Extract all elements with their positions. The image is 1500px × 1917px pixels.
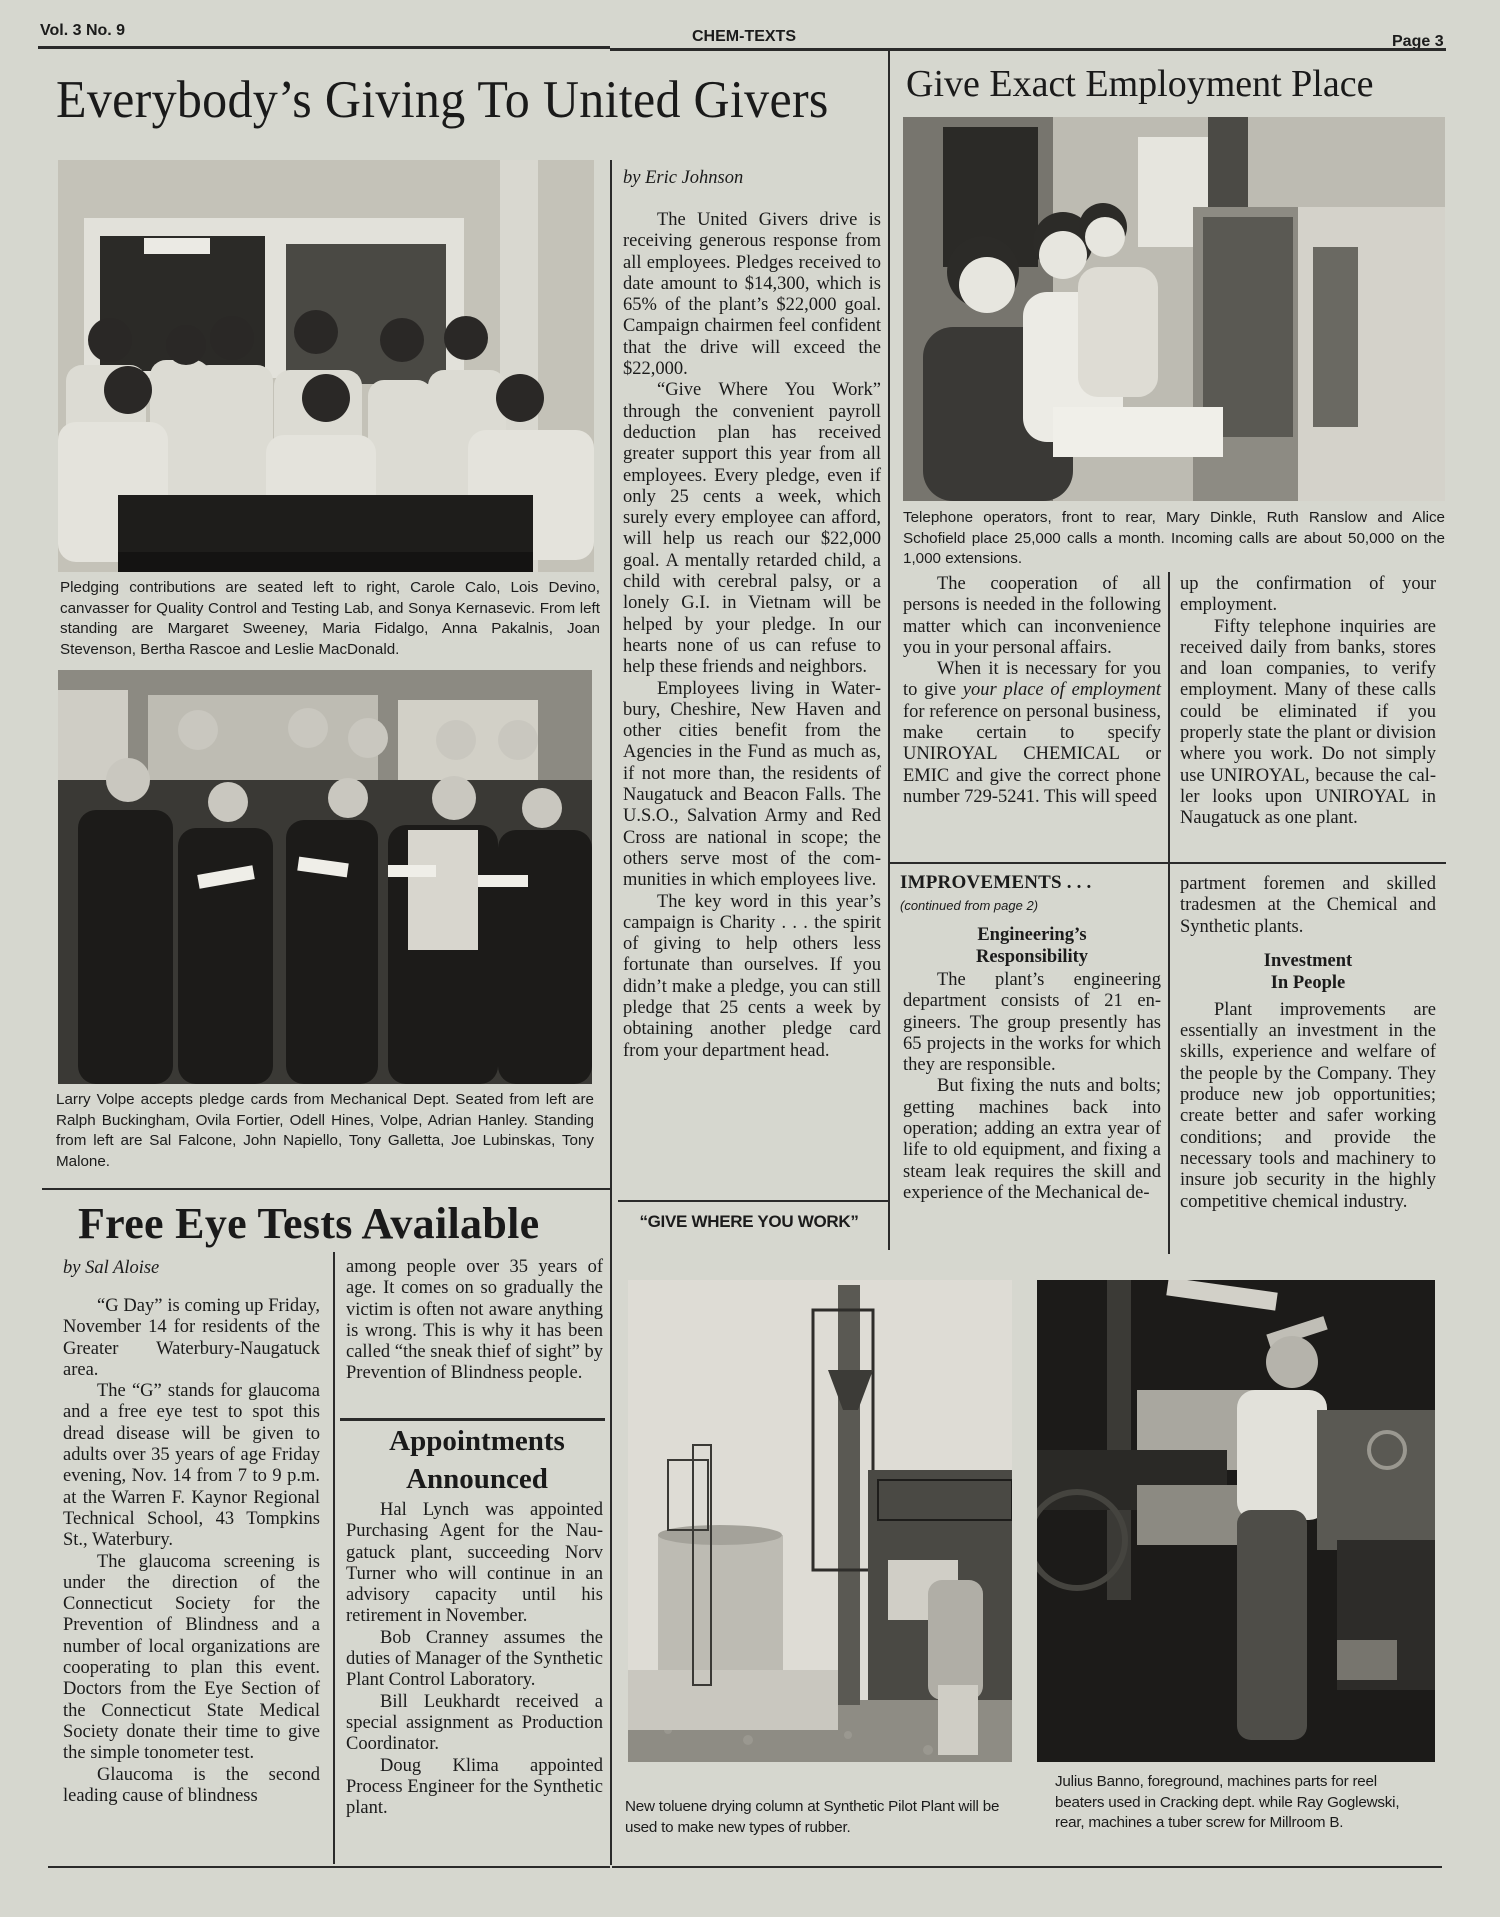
pledging-women-caption: Pledging contributions are seated left t…: [60, 578, 600, 660]
paragraph: Doug Klima appointed Process Engineer fo…: [346, 1756, 603, 1820]
column-divider: [1168, 572, 1170, 866]
employment-col1: The cooperation of all persons is needed…: [903, 574, 1161, 808]
paragraph: up the confirmation of your employment.: [1180, 574, 1436, 617]
improvements-heading: IMPROVEMENTS . . .: [900, 872, 1092, 894]
paragraph: Hal Lynch was appointed Purchasing Agent…: [346, 1500, 603, 1628]
united-givers-body: The United Givers drive is receiving gen…: [623, 210, 881, 1062]
engineering-body: The plant’s engineering department consi…: [903, 970, 1161, 1204]
telephone-operators-image: [903, 117, 1445, 501]
paragraph: Employees living in Water­bury, Cheshire…: [623, 679, 881, 892]
telephone-operators-caption: Telephone operators, front to rear, Mary…: [903, 508, 1445, 570]
mechanical-dept-caption: Larry Volpe accepts pledge cards from Me…: [56, 1090, 594, 1172]
paragraph: among people over 35 years of age. It co…: [346, 1257, 603, 1385]
appointments-headline-line2: Announced: [406, 1463, 548, 1495]
eye-tests-col1: “G Day” is coming up Fri­day, November 1…: [63, 1296, 320, 1807]
paragraph: When it is necessary for you to give you…: [903, 659, 1161, 808]
improvements-continuation: partment foremen and skilled tradesmen a…: [1180, 874, 1436, 938]
slogan-rule: [618, 1200, 888, 1202]
pledging-women-photo: [58, 160, 594, 572]
united-givers-headline: Everybody’s Giving To United Givers: [56, 69, 829, 130]
give-where-you-work-slogan: “GIVE WHERE YOU WORK”: [614, 1212, 884, 1232]
employment-col2: up the confirmation of your employment. …: [1180, 574, 1436, 830]
column-divider: [1168, 864, 1170, 1254]
appointments-headline: Appointments Announced: [336, 1422, 618, 1498]
investment-body: Plant improvements are essentially an in…: [1180, 1000, 1436, 1213]
publication-name: CHEM-TEXTS: [692, 28, 796, 46]
paragraph: “Give Where You Work” through the conven…: [623, 380, 881, 678]
bottom-rule: [48, 1866, 610, 1868]
column-divider: [333, 1252, 335, 1864]
paragraph: Glaucoma is the second leading cause of …: [63, 1765, 320, 1808]
paragraph: Bill Leukhardt received a special assign…: [346, 1692, 603, 1756]
machinist-photo: [1037, 1280, 1435, 1762]
eye-tests-col2: among people over 35 years of age. It co…: [346, 1257, 603, 1385]
paragraph: Bob Cranney assumes the duties of Manage…: [346, 1628, 603, 1692]
paragraph: The key word in this year’s campaign is …: [623, 892, 881, 1062]
investment-subhead: InvestmentIn People: [1180, 950, 1436, 994]
emphasis: your place of employment: [963, 680, 1161, 700]
paragraph: The plant’s engineering department consi…: [903, 970, 1161, 1076]
paragraph: The “G” stands for glau­coma and a free …: [63, 1381, 320, 1551]
telephone-operators-photo: [903, 117, 1445, 501]
masthead-rule-right: [610, 48, 1446, 51]
appointments-body: Hal Lynch was appointed Purchasing Agent…: [346, 1500, 603, 1819]
paragraph: The cooperation of all persons is needed…: [903, 574, 1161, 659]
engineering-subhead: Engineering’sResponsibility: [903, 924, 1161, 968]
paragraph: The glaucoma screening is under the dire…: [63, 1552, 320, 1765]
pledging-women-image: [58, 160, 594, 572]
appointments-headline-line1: Appointments: [389, 1425, 565, 1457]
masthead-rule: [38, 46, 610, 49]
toluene-column-photo: [628, 1280, 1012, 1762]
bottom-rule: [612, 1866, 1442, 1868]
section-rule: [340, 1418, 605, 1421]
paragraph: Plant improvements are essentially an in…: [1180, 1000, 1436, 1213]
paragraph: The United Givers drive is receiving gen…: [623, 210, 881, 380]
column-divider: [888, 50, 890, 1250]
paragraph: partment foremen and skilled tradesmen a…: [1180, 874, 1436, 938]
paragraph: Fifty telephone inquiries are received d…: [1180, 617, 1436, 830]
text: for reference on personal business, make…: [903, 702, 1161, 807]
volume-number: Vol. 3 No. 9: [40, 22, 125, 40]
improvements-continued-note: (continued from page 2): [900, 898, 1038, 913]
column-divider: [610, 160, 612, 1865]
united-givers-byline: by Eric Johnson: [623, 168, 743, 189]
toluene-column-image: [628, 1280, 1012, 1762]
toluene-column-caption: New toluene drying column at Synthetic P…: [625, 1797, 1005, 1838]
employment-place-headline: Give Exact Employment Place: [906, 62, 1373, 106]
improvements-col1: Engineering’sResponsibility The plant’s …: [903, 924, 1161, 1204]
paragraph: But fixing the nuts and bolts; getting m…: [903, 1076, 1161, 1204]
machinist-image: [1037, 1280, 1435, 1762]
machinist-caption: Julius Banno, foreground, machines parts…: [1055, 1772, 1427, 1834]
section-rule: [42, 1188, 610, 1190]
paragraph: “G Day” is coming up Fri­day, November 1…: [63, 1296, 320, 1381]
eye-tests-headline: Free Eye Tests Available: [78, 1198, 539, 1249]
improvements-col2: partment foremen and skilled tradesmen a…: [1180, 874, 1436, 1213]
eye-tests-byline: by Sal Aloise: [63, 1258, 159, 1279]
mechanical-dept-photo: [58, 670, 592, 1084]
mechanical-dept-image: [58, 670, 592, 1084]
